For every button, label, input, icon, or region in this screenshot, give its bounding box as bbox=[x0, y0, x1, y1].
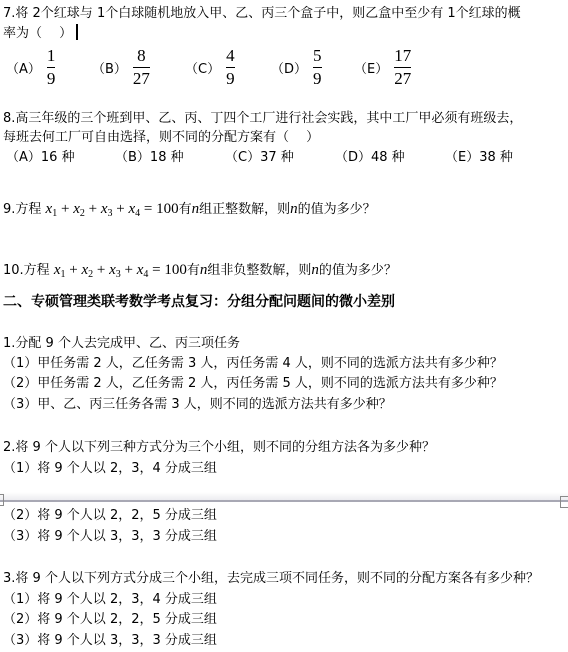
q7-option-d: （D） 5 9 bbox=[271, 42, 322, 92]
p3-item-2: （2）将 9 个人以 2，2，5 分成三组 bbox=[3, 611, 217, 628]
q9-stem: 9.方程 x1 + x2 + x3 + x4 = 100有n组正整数解，则n的值… bbox=[3, 201, 376, 218]
q8-options: （A）16 种 （B）18 种 （C）37 种 （D）48 种 （E）38 种 bbox=[0, 149, 568, 167]
q9-var-n2: n bbox=[290, 201, 298, 217]
page-break-separator bbox=[0, 492, 568, 502]
fraction: 4 9 bbox=[226, 46, 235, 89]
q7-stem-line2-text: 率为（ ） bbox=[3, 26, 72, 41]
q8-option-c: （C）37 种 bbox=[225, 149, 294, 166]
p1-title: 1.分配 9 个人去完成甲、乙、丙三项任务 bbox=[3, 335, 240, 352]
fraction: 5 9 bbox=[313, 46, 322, 89]
page-corner-marker-left bbox=[0, 494, 4, 506]
option-label: （D） bbox=[271, 58, 307, 77]
page-shadow bbox=[0, 492, 568, 500]
q7-stem-line1: 7.将 2个红球与 1个白球随机地放入甲、乙、丙三个盒子中，则乙盒中至少有 1个… bbox=[3, 5, 521, 22]
p1-item-1: （1）甲任务需 2 人，乙任务需 3 人，丙任务需 4 人，则不同的选派方法共有… bbox=[3, 355, 503, 372]
denominator: 9 bbox=[47, 69, 56, 89]
page-corner-marker-right bbox=[560, 496, 568, 508]
page-divider-line bbox=[0, 500, 568, 502]
q7-option-c: （C） 4 9 bbox=[185, 42, 235, 92]
q8-stem-line2: 每班去何工厂可自由选择，则不同的分配方案有（ ） bbox=[3, 129, 319, 146]
q7-option-b: （B） 8 27 bbox=[92, 42, 150, 92]
denominator: 27 bbox=[394, 69, 411, 89]
fraction-bar bbox=[226, 67, 235, 68]
numerator: 8 bbox=[137, 46, 146, 66]
denominator: 9 bbox=[313, 69, 322, 89]
q9-suffix1: 组正整数解，则 bbox=[199, 202, 290, 217]
fraction-bar bbox=[133, 67, 150, 68]
fraction-bar bbox=[394, 67, 411, 68]
q10-var-n2: n bbox=[311, 262, 319, 278]
p1-item-3: （3）甲、乙、丙三任务各需 3 人，则不同的选派方法共有多少种？ bbox=[3, 396, 392, 413]
option-label: （C） bbox=[185, 58, 220, 77]
q10-rhs: 100 bbox=[164, 262, 187, 278]
q10-suffix1: 组非负整数解，则 bbox=[207, 263, 311, 278]
q9-rhs: 100 bbox=[156, 201, 179, 217]
q9-equation: x1 + x2 + x3 + x4 = 100 bbox=[46, 201, 179, 217]
denominator: 9 bbox=[226, 69, 235, 89]
p3-item-1: （1）将 9 个人以 2，3，4 分成三组 bbox=[3, 591, 217, 608]
q8-option-b: （B）18 种 bbox=[115, 149, 184, 166]
q9-suffix2: 的值为多少？ bbox=[298, 202, 376, 217]
option-label: （A） bbox=[6, 58, 41, 77]
q9-middle: 有 bbox=[179, 202, 192, 217]
fraction-bar bbox=[313, 67, 322, 68]
section-heading: 二、专硕管理类联考数学考点复习：分组分配问题间的微小差别 bbox=[3, 293, 395, 311]
q7-option-a: （A） 1 9 bbox=[6, 42, 55, 92]
q9-var-n: n bbox=[192, 201, 200, 217]
fraction: 8 27 bbox=[133, 46, 150, 89]
q8-option-a: （A）16 种 bbox=[6, 149, 75, 166]
fraction: 1 9 bbox=[47, 46, 56, 89]
q7-options: （A） 1 9 （B） 8 27 （C） 4 9 （D） 5 9 （E） bbox=[0, 42, 568, 92]
p3-item-3: （3）将 9 个人以 3，3，3 分成三组 bbox=[3, 632, 217, 649]
p1-item-2: （2）甲任务需 2 人，乙任务需 2 人，丙任务需 5 人，则不同的选派方法共有… bbox=[3, 375, 503, 392]
fraction: 17 27 bbox=[394, 46, 411, 89]
q7-option-e: （E） 17 27 bbox=[354, 42, 411, 92]
denominator: 27 bbox=[133, 69, 150, 89]
numerator: 4 bbox=[226, 46, 235, 66]
q10-prefix: 10.方程 bbox=[3, 263, 50, 278]
q10-equation: x1 + x2 + x3 + x4 = 100 bbox=[54, 262, 187, 278]
q7-stem-line2[interactable]: 率为（ ） bbox=[3, 24, 78, 42]
numerator: 5 bbox=[313, 46, 322, 66]
p3-title: 3.将 9 个人以下列方式分成三个小组，去完成三项不同任务，则不同的分配方案各有… bbox=[3, 570, 539, 587]
fraction-bar bbox=[47, 67, 56, 68]
q8-option-e: （E）38 种 bbox=[445, 149, 513, 166]
q8-option-d: （D）48 种 bbox=[335, 149, 405, 166]
q8-stem-line1: 8.高三年级的三个班到甲、乙、丙、丁四个工厂进行社会实践，其中工厂甲必须有班级去… bbox=[3, 110, 522, 127]
q10-middle: 有 bbox=[187, 263, 200, 278]
text-cursor bbox=[76, 24, 78, 40]
option-label: （B） bbox=[92, 58, 127, 77]
p2-item-2: （2）将 9 个人以 2，2，5 分成三组 bbox=[3, 507, 217, 524]
numerator: 17 bbox=[394, 46, 411, 66]
p2-item-1: （1）将 9 个人以 2，3，4 分成三组 bbox=[3, 460, 217, 477]
q10-stem: 10.方程 x1 + x2 + x3 + x4 = 100有n组非负整数解，则n… bbox=[3, 262, 397, 279]
option-label: （E） bbox=[354, 58, 388, 77]
q10-suffix2: 的值为多少？ bbox=[319, 263, 397, 278]
p2-title: 2.将 9 个人以下列三种方式分为三个小组，则不同的分组方法各为多少种？ bbox=[3, 439, 435, 456]
p2-item-3: （3）将 9 个人以 3，3，3 分成三组 bbox=[3, 528, 217, 545]
numerator: 1 bbox=[47, 46, 56, 66]
q9-prefix: 9.方程 bbox=[3, 202, 41, 217]
